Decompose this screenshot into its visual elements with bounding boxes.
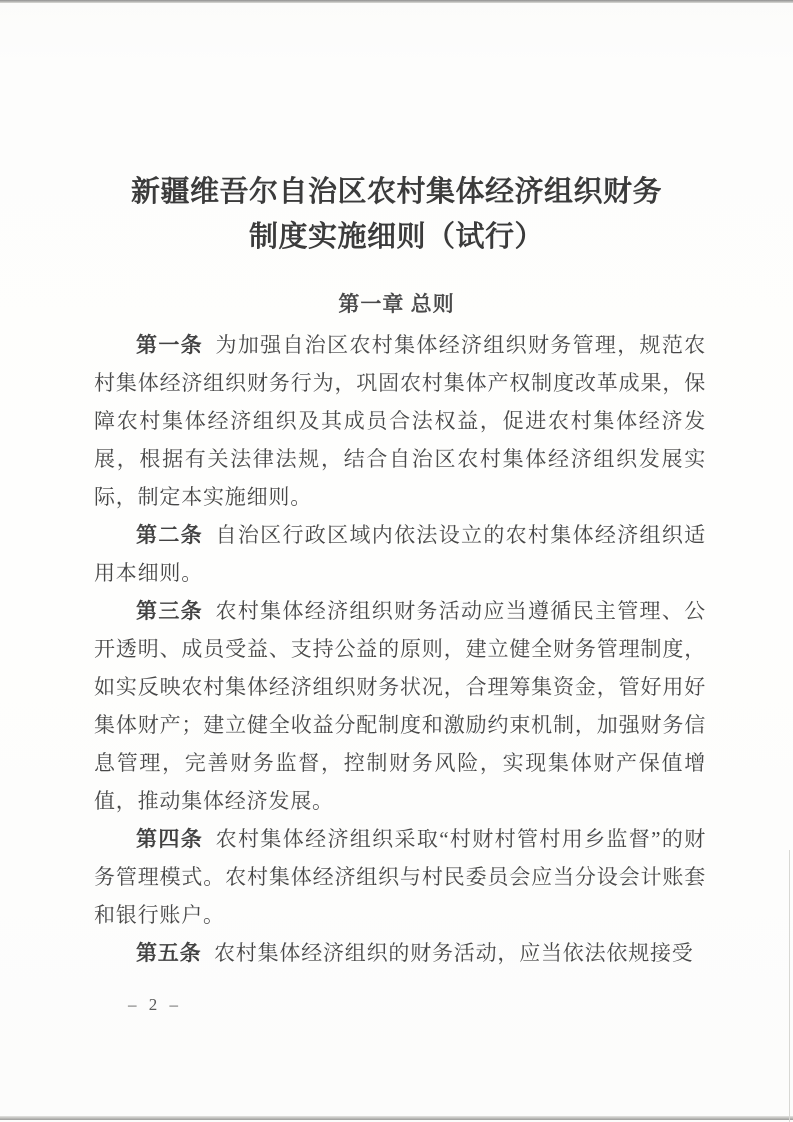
article-label: 第五条 — [136, 941, 201, 965]
document-title: 新疆维吾尔自治区农村集体经济组织财务 制度实施细则（试行） — [0, 170, 793, 260]
article-paragraph: 第五条农村集体经济组织的财务活动，应当依法依规接受 — [94, 934, 706, 972]
article-label: 第四条 — [136, 827, 203, 851]
document-body: 第一条为加强自治区农村集体经济组织财务管理，规范农村集体经济组织财务行为，巩固农… — [94, 326, 706, 972]
article-label: 第二条 — [136, 523, 203, 547]
scanned-document-page: 新疆维吾尔自治区农村集体经济组织财务 制度实施细则（试行） 第一章 总则 第一条… — [0, 0, 793, 1122]
document-title-line-2: 制度实施细则（试行） — [0, 215, 793, 260]
scan-edge-right — [789, 850, 790, 1122]
article-paragraph: 第三条农村集体经济组织财务活动应当遵循民主管理、公开透明、成员受益、支持公益的原… — [94, 592, 706, 820]
page-number: – 2 – — [128, 995, 182, 1015]
article-text: 农村集体经济组织的财务活动，应当依法依规接受 — [214, 941, 694, 965]
article-label: 第三条 — [136, 599, 203, 623]
scan-edge-bottom — [0, 1116, 793, 1120]
article-paragraph: 第一条为加强自治区农村集体经济组织财务管理，规范农村集体经济组织财务行为，巩固农… — [94, 326, 706, 516]
article-label: 第一条 — [136, 333, 203, 357]
article-paragraph: 第四条农村集体经济组织采取“村财村管村用乡监督”的财务管理模式。农村集体经济组织… — [94, 820, 706, 934]
article-text: 农村集体经济组织财务活动应当遵循民主管理、公开透明、成员受益、支持公益的原则，建… — [94, 599, 706, 813]
article-paragraph: 第二条自治区行政区域内依法设立的农村集体经济组织适用本细则。 — [94, 516, 706, 592]
document-title-line-1: 新疆维吾尔自治区农村集体经济组织财务 — [0, 170, 793, 215]
article-text: 为加强自治区农村集体经济组织财务管理，规范农村集体经济组织财务行为，巩固农村集体… — [94, 333, 706, 509]
scan-edge-top — [0, 0, 793, 3]
chapter-heading: 第一章 总则 — [0, 288, 793, 318]
